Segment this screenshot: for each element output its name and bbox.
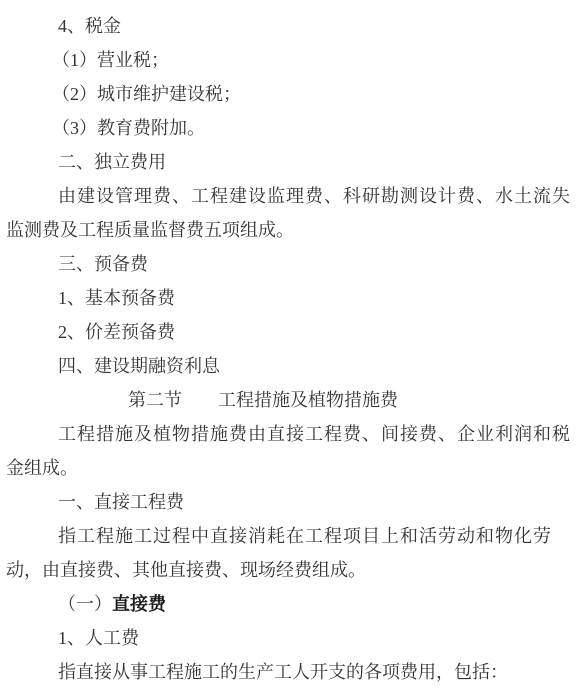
line-section-intro-1: 工程措施及植物措施费由直接工程费、间接费、企业利润和税 bbox=[0, 417, 576, 451]
line-urban-maintenance-tax: （2）城市维护建设税； bbox=[0, 77, 576, 111]
line-direct-engineering-fee-def-1: 指工程施工过程中直接消耗在工程项目上和活劳动和物化劳 bbox=[0, 519, 576, 553]
line-taxes-heading: 4、税金 bbox=[0, 9, 576, 43]
line-price-difference-reserve-fee: 2、价差预备费 bbox=[0, 315, 576, 349]
line-direct-fee-heading: （一）直接费 bbox=[0, 587, 576, 621]
line-education-surcharge: （3）教育费附加。 bbox=[0, 111, 576, 145]
line-direct-engineering-fee-heading: 一、直接工程费 bbox=[0, 485, 576, 519]
line-section-intro-2: 金组成。 bbox=[0, 451, 576, 485]
section-number: 第二节 bbox=[128, 390, 182, 410]
line-reserve-fee-heading: 三、预备费 bbox=[0, 247, 576, 281]
document-page: 4、税金 （1）营业税； （2）城市维护建设税； （3）教育费附加。 二、独立费… bbox=[0, 0, 576, 699]
line-construction-financing-interest: 四、建设期融资利息 bbox=[0, 349, 576, 383]
line-independent-costs-body-2: 监测费及工程质量监督费五项组成。 bbox=[0, 213, 576, 247]
direct-fee-heading-prefix: （一） bbox=[58, 594, 112, 614]
line-labor-fee-heading: 1、人工费 bbox=[0, 621, 576, 655]
line-business-tax: （1）营业税； bbox=[0, 43, 576, 77]
line-direct-engineering-fee-def-2: 动，由直接费、其他直接费、现场经费组成。 bbox=[0, 553, 576, 587]
line-independent-costs-heading: 二、独立费用 bbox=[0, 145, 576, 179]
line-independent-costs-body-1: 由建设管理费、工程建设监理费、科研勘测设计费、水土流失 bbox=[0, 179, 576, 213]
line-labor-fee-def: 指直接从事工程施工的生产工人开支的各项费用，包括： bbox=[0, 655, 576, 689]
direct-fee-heading-title: 直接费 bbox=[112, 594, 166, 614]
section-heading: 第二节工程措施及植物措施费 bbox=[0, 383, 576, 417]
line-basic-reserve-fee: 1、基本预备费 bbox=[0, 281, 576, 315]
section-title: 工程措施及植物措施费 bbox=[218, 390, 398, 410]
